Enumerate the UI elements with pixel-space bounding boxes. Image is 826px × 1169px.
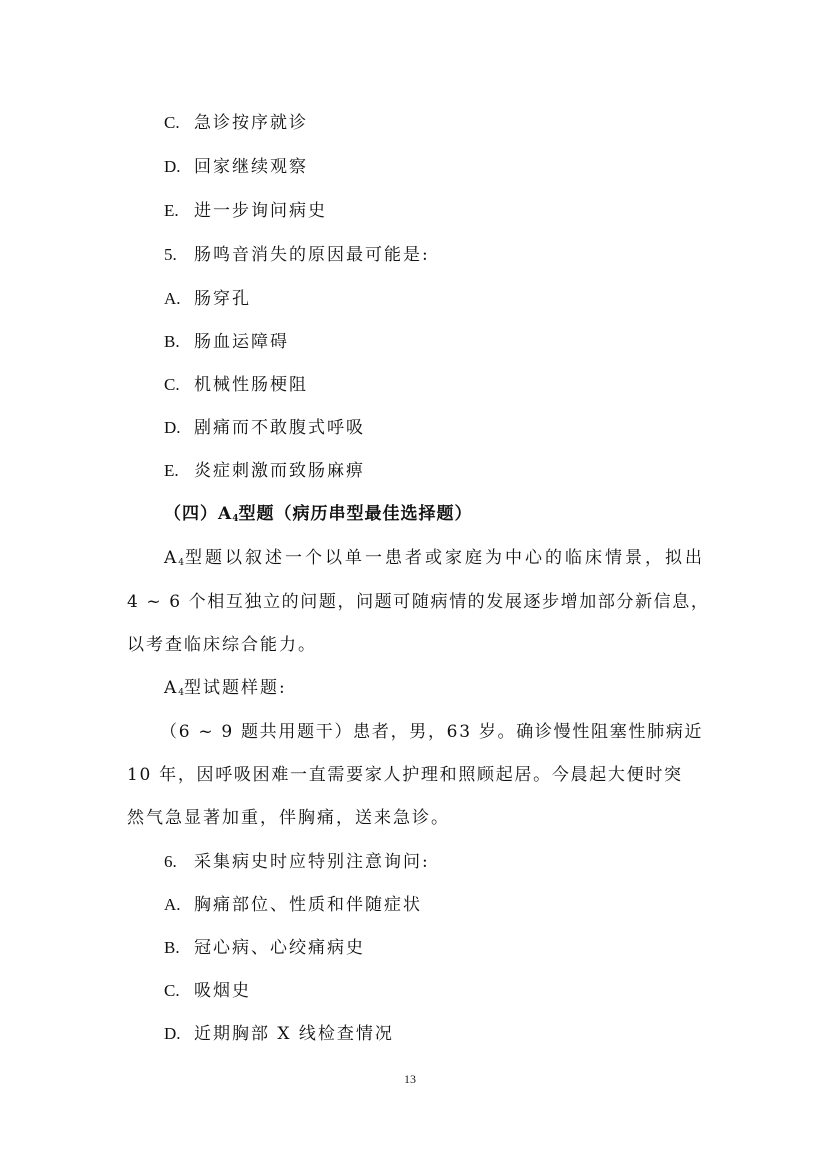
q6-stem: 6.采集病史时应特别注意询问: (164, 851, 430, 873)
question-text: 肠鸣音消失的原因最可能是: (194, 245, 430, 265)
q5-option-b: B.肠血运障碍 (164, 331, 289, 353)
option-text: 吸烟史 (194, 981, 251, 1001)
option-label: C. (164, 374, 194, 396)
question-number: 5. (164, 244, 194, 266)
page-number: 13 (404, 1072, 416, 1087)
option-text: 肠穿孔 (194, 289, 251, 309)
q4-option-d: D.回家继续观察 (164, 156, 308, 178)
option-label: B. (164, 937, 194, 959)
q6-option-c: C.吸烟史 (164, 980, 251, 1002)
intro-line-1: A4型题以叙述一个以单一患者或家庭为中心的临床情景，拟出 (164, 547, 704, 574)
option-text: 胸痛部位、性质和伴随症状 (194, 895, 422, 915)
option-label: D. (164, 156, 194, 178)
option-text: 冠心病、心绞痛病史 (194, 938, 365, 958)
option-label: D. (164, 417, 194, 439)
option-label: C. (164, 112, 194, 134)
q5-option-a: A.肠穿孔 (164, 288, 251, 310)
intro-line-3: 以考查临床综合能力。 (127, 634, 317, 656)
option-text: 回家继续观察 (194, 157, 308, 177)
q4-option-c: C.急诊按序就诊 (164, 112, 308, 134)
section-heading: （四）A4型题（病历串型最佳选择题） (164, 503, 472, 530)
case-line-2: 10 年，因呼吸困难一直需要家人护理和照顾起居。今晨起大便时突 (127, 764, 683, 786)
q5-option-e: E.炎症刺激而致肠麻痹 (164, 460, 365, 482)
case-line-1: （6 ~ 9 题共用题干）患者，男，63 岁。确诊慢性阻塞性肺病近 (160, 721, 703, 743)
q5-stem: 5.肠鸣音消失的原因最可能是: (164, 244, 430, 266)
question-number: 6. (164, 851, 194, 873)
option-text: 剧痛而不敢腹式呼吸 (194, 418, 365, 438)
q6-option-b: B.冠心病、心绞痛病史 (164, 937, 365, 959)
option-text: 机械性肠梗阻 (194, 375, 308, 395)
option-label: A. (164, 894, 194, 916)
case-line-3: 然气急显著加重，伴胸痛，送来急诊。 (127, 807, 450, 829)
option-label: B. (164, 331, 194, 353)
q5-option-c: C.机械性肠梗阻 (164, 374, 308, 396)
q6-option-a: A.胸痛部位、性质和伴随症状 (164, 894, 422, 916)
option-text: 近期胸部 X 线检查情况 (194, 1024, 394, 1044)
sample-label: A4型试题样题: (164, 677, 287, 704)
option-text: 进一步询问病史 (194, 201, 327, 221)
option-label: E. (164, 460, 194, 482)
option-text: 炎症刺激而致肠麻痹 (194, 461, 365, 481)
q6-option-d: D.近期胸部 X 线检查情况 (164, 1023, 394, 1045)
option-text: 肠血运障碍 (194, 332, 289, 352)
option-label: E. (164, 200, 194, 222)
question-text: 采集病史时应特别注意询问: (194, 852, 430, 872)
option-label: A. (164, 288, 194, 310)
option-label: D. (164, 1023, 194, 1045)
intro-line-2: 4 ~ 6 个相互独立的问题，问题可随病情的发展逐步增加部分新信息， (127, 591, 710, 613)
q5-option-d: D.剧痛而不敢腹式呼吸 (164, 417, 365, 439)
q4-option-e: E.进一步询问病史 (164, 200, 327, 222)
option-text: 急诊按序就诊 (194, 113, 308, 133)
option-label: C. (164, 980, 194, 1002)
